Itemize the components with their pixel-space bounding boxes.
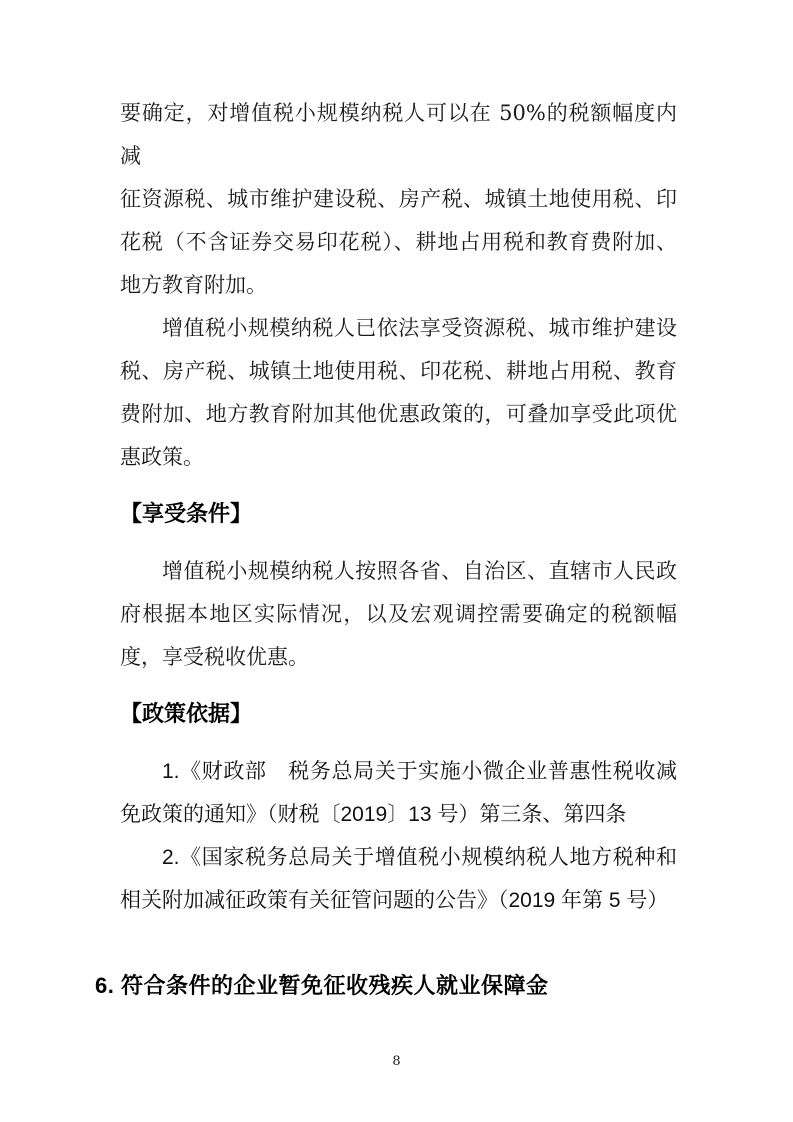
text-line: 1.《财政部 税务总局关于实施小微企业普惠性税收减	[120, 750, 677, 793]
text-line: 惠政策。	[120, 436, 677, 479]
text-line: 增值税小规模纳税人已依法享受资源税、城市维护建设	[120, 307, 677, 350]
text-line: 费附加、地方教育附加其他优惠政策的，可叠加享受此项优	[120, 393, 677, 436]
text-line: 2.《国家税务总局关于增值税小规模纳税人地方税种和	[120, 836, 677, 879]
text-line: 征资源税、城市维护建设税、房产税、城镇土地使用税、印	[120, 178, 677, 221]
text-line: 增值税小规模纳税人按照各省、自治区、直辖市人民政	[120, 550, 677, 593]
text-line: 府根据本地区实际情况，以及宏观调控需要确定的税额幅	[120, 593, 677, 636]
text-line: 税、房产税、城镇土地使用税、印花税、耕地占用税、教育	[120, 350, 677, 393]
document-page: 要确定，对增值税小规模纳税人可以在 50%的税额幅度内减 征资源税、城市维护建设…	[0, 0, 793, 1122]
citation-item-2: 2.《国家税务总局关于增值税小规模纳税人地方税种和 相关附加减征政策有关征管问题…	[120, 836, 677, 922]
text-line: 要确定，对增值税小规模纳税人可以在 50%的税额幅度内减	[120, 92, 677, 178]
text-line: 度，享受税收优惠。	[120, 636, 677, 679]
page-number: 8	[0, 1052, 793, 1072]
paragraph-conditions-detail: 增值税小规模纳税人按照各省、自治区、直辖市人民政 府根据本地区实际情况，以及宏观…	[120, 550, 677, 679]
text-line: 地方教育附加。	[120, 264, 677, 307]
text-line: 相关附加减征政策有关征管问题的公告》（2019 年第 5 号）	[120, 879, 677, 922]
section-6-heading: 6. 符合条件的企业暂免征收残疾人就业保障金	[95, 964, 677, 1007]
paragraph-stacking-policy: 增值税小规模纳税人已依法享受资源税、城市维护建设 税、房产税、城镇土地使用税、印…	[120, 307, 677, 479]
citation-item-1: 1.《财政部 税务总局关于实施小微企业普惠性税收减 免政策的通知》（财税〔201…	[120, 750, 677, 836]
text-line: 花税（不含证券交易印花税）、耕地占用税和教育费附加、	[120, 221, 677, 264]
benefit-conditions-heading: 【享受条件】	[120, 492, 677, 535]
text-line: 免政策的通知》（财税〔2019〕13 号）第三条、第四条	[120, 793, 677, 836]
paragraph-tax-reduction-scope: 要确定，对增值税小规模纳税人可以在 50%的税额幅度内减 征资源税、城市维护建设…	[120, 92, 677, 307]
policy-basis-heading: 【政策依据】	[120, 692, 677, 735]
